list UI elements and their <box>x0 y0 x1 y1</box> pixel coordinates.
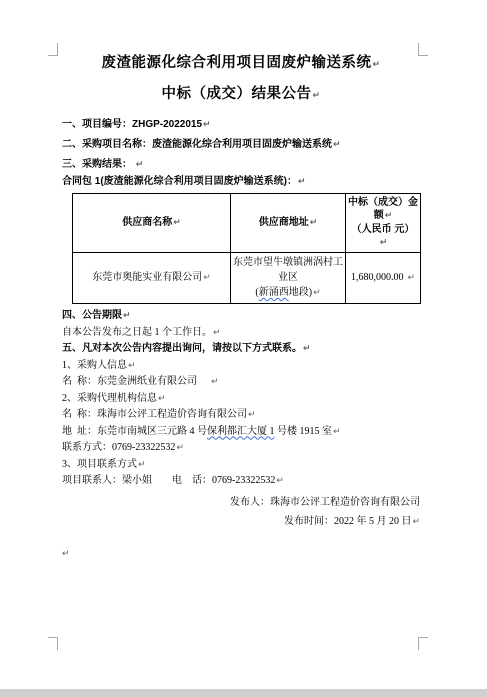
paragraph-mark: ↵ <box>62 549 70 559</box>
supplier-name-text: 东莞市奥能实业有限公司 <box>92 272 202 283</box>
paragraph-mark: ↵ <box>412 517 420 527</box>
buyer-info-heading-text: 1、采购人信息 <box>62 360 127 371</box>
project-contact-text: 项目联系人：梁小姐 电 话：0769-23322532 <box>62 475 275 486</box>
paragraph-mark: ↵ <box>211 377 219 387</box>
section-inquiry-contact: 五、凡对本次公告内容提出询问，请按以下方式联系。↵ <box>62 341 420 358</box>
paragraph-mark: ↵ <box>123 311 131 321</box>
award-amount-text: 1,680,000.00 <box>351 272 404 283</box>
agency-info-heading: 2、采购代理机构信息↵ <box>62 391 420 408</box>
margin-mark-top-right <box>418 43 428 56</box>
project-contact-heading: 3、项目联系方式↵ <box>62 457 420 474</box>
paragraph-mark: ↵ <box>372 60 380 70</box>
publish-date-text: 发布时间：2022 年 5 月 20 日 <box>284 516 412 527</box>
col-header-supplier-address-text: 供应商地址 <box>259 217 309 228</box>
paragraph-mark: ↵ <box>203 120 211 130</box>
agency-name-line: 名 称：珠海市公评工程造价咨询有限公司↵ <box>62 407 420 424</box>
section-inquiry-contact-text: 五、凡对本次公告内容提出询问，请按以下方式联系。 <box>62 343 302 354</box>
margin-mark-bottom-right <box>418 637 428 650</box>
section-announcement-period: 四、公告期限↵ <box>62 308 420 325</box>
paragraph-mark: ↵ <box>312 91 320 101</box>
project-contact-heading-text: 3、项目联系方式 <box>62 459 137 470</box>
paragraph-mark: ↵ <box>176 443 184 453</box>
col-header-supplier-address: 供应商地址↵ <box>231 194 346 253</box>
supplier-address-line2-rest: 地段) <box>289 287 312 298</box>
publisher-text: 发布人：珠海市公评工程造价咨询有限公司 <box>230 497 420 508</box>
supplier-address-flagged-text: 新涌西 <box>259 287 289 298</box>
doc-title-line1: 废渣能源化综合利用项目固废炉输送系统↵ <box>62 49 420 80</box>
doc-title-line2: 中标（成交）结果公告↵ <box>62 80 420 111</box>
publish-date-line: 发布时间：2022 年 5 月 20 日↵ <box>62 512 420 533</box>
col-header-supplier-name-text: 供应商名称 <box>122 217 172 228</box>
section-announcement-period-text: 四、公告期限 <box>62 310 122 321</box>
paragraph-mark: ↵ <box>158 394 166 404</box>
announcement-period-body: 自本公告发布之日起 1 个工作日。↵ <box>62 325 420 342</box>
supplier-address-line1-text: 东莞市望牛墩镇洲涡村工业区 <box>233 257 343 283</box>
paragraph-mark: ↵ <box>138 460 146 470</box>
paragraph-mark: ↵ <box>303 344 311 354</box>
table-header-row: 供应商名称↵ 供应商地址↵ 中标（成交）金额↵（人民币 元）↵ <box>73 194 421 253</box>
paragraph-mark: ↵ <box>298 177 306 187</box>
section-project-number-text: 一、项目编号：ZHGP-2022015 <box>62 119 202 130</box>
col-header-award-amount-line2: （人民币 元） <box>352 224 415 235</box>
agency-phone-line: 联系方式：0769-23322532↵ <box>62 440 420 457</box>
paragraph-mark: ↵ <box>136 160 144 170</box>
contract-package-line: 合同包 1(废渣能源化综合利用项目固废炉输送系统)：↵ <box>62 174 420 191</box>
paragraph-mark: ↵ <box>310 218 318 228</box>
agency-address-line: 地 址：东莞市南城区三元路 4 号保利都汇大厦 1 号楼 1915 室↵ <box>62 424 420 441</box>
section-project-name: 二、采购项目名称：废渣能源化综合利用项目固废炉输送系统↵ <box>62 137 420 154</box>
col-header-award-amount-line1: 中标（成交）金额 <box>348 197 418 221</box>
buyer-name-text: 名 称：东莞金洲纸业有限公司 <box>62 376 197 387</box>
paragraph-mark: ↵ <box>128 361 136 371</box>
announcement-period-body-text: 自本公告发布之日起 1 个工作日。 <box>62 327 212 338</box>
doc-title-line1-text: 废渣能源化综合利用项目固废炉输送系统 <box>101 55 371 71</box>
paragraph-mark: ↵ <box>203 273 211 283</box>
agency-phone-text: 联系方式：0769-23322532 <box>62 442 175 453</box>
agency-name-text: 名 称：珠海市公评工程造价咨询有限公司 <box>62 409 247 420</box>
agency-address-prefix: 地 址：东莞市南城区三元路 4 号 <box>62 426 207 437</box>
paragraph-mark: ↵ <box>276 476 284 486</box>
paragraph-mark: ↵ <box>333 427 341 437</box>
agency-address-suffix: 号楼 1915 室 <box>275 426 333 437</box>
paragraph-mark: ↵ <box>385 211 393 221</box>
section-procurement-result-text: 三、采购结果： <box>62 159 135 170</box>
buyer-info-heading: 1、采购人信息↵ <box>62 358 420 375</box>
margin-mark-top-left <box>48 43 58 56</box>
paragraph-mark: ↵ <box>173 218 181 228</box>
col-header-supplier-name: 供应商名称↵ <box>73 194 231 253</box>
publisher-line: 发布人：珠海市公评工程造价咨询有限公司 <box>62 493 420 513</box>
paragraph-mark: ↵ <box>248 410 256 420</box>
paragraph-mark: ↵ <box>380 238 388 248</box>
supplier-name-cell: 东莞市奥能实业有限公司↵ <box>73 253 231 304</box>
supplier-address-cell: 东莞市望牛墩镇洲涡村工业区(新涌西地段)↵ <box>231 253 346 304</box>
section-project-number: 一、项目编号：ZHGP-2022015↵ <box>62 117 420 134</box>
agency-address-flagged-text: 保利都汇大厦 1 <box>207 426 275 437</box>
award-result-table: 供应商名称↵ 供应商地址↵ 中标（成交）金额↵（人民币 元）↵ 东莞市奥能实业有… <box>72 193 421 304</box>
document-content: 废渣能源化综合利用项目固废炉输送系统↵ 中标（成交）结果公告↵ 一、项目编号：Z… <box>0 0 487 561</box>
paragraph-mark: ↵ <box>333 140 341 150</box>
contract-package-line-text: 合同包 1(废渣能源化综合利用项目固废炉输送系统)： <box>62 176 297 187</box>
empty-paragraph: ↵ <box>62 547 420 561</box>
paragraph-mark: ↵ <box>407 273 415 283</box>
buyer-name-line: 名 称：东莞金洲纸业有限公司↵ <box>62 374 420 391</box>
doc-title-line2-text: 中标（成交）结果公告 <box>161 86 311 102</box>
margin-mark-bottom-left <box>48 637 58 650</box>
document-page: 废渣能源化综合利用项目固废炉输送系统↵ 中标（成交）结果公告↵ 一、项目编号：Z… <box>0 0 487 689</box>
project-contact-line: 项目联系人：梁小姐 电 话：0769-23322532↵ <box>62 473 420 490</box>
agency-info-heading-text: 2、采购代理机构信息 <box>62 393 157 404</box>
col-header-award-amount: 中标（成交）金额↵（人民币 元）↵ <box>346 194 421 253</box>
award-amount-cell: 1,680,000.00↵ <box>346 253 421 304</box>
paragraph-mark: ↵ <box>313 288 321 298</box>
section-project-name-text: 二、采购项目名称：废渣能源化综合利用项目固废炉输送系统 <box>62 139 332 150</box>
paragraph-mark: ↵ <box>213 328 221 338</box>
table-data-row: 东莞市奥能实业有限公司↵ 东莞市望牛墩镇洲涡村工业区(新涌西地段)↵ 1,680… <box>73 253 421 304</box>
section-procurement-result: 三、采购结果： ↵ <box>62 157 420 174</box>
